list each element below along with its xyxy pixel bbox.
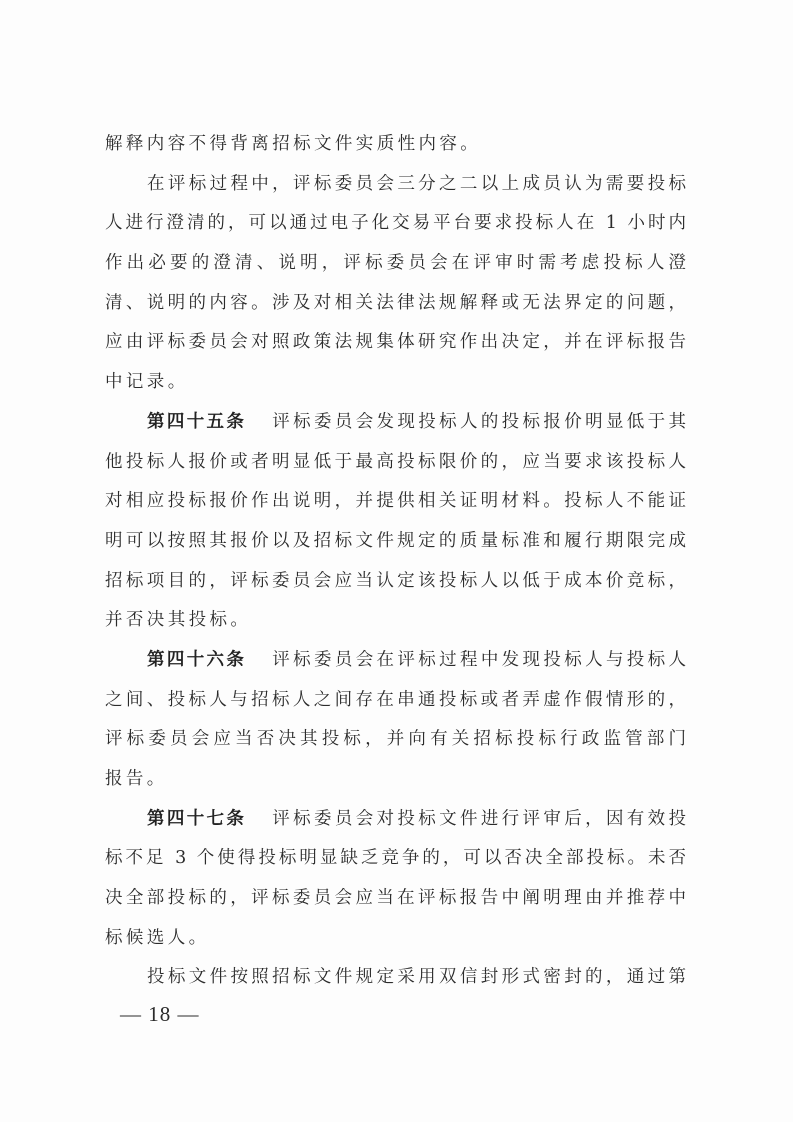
text-line: 作出必要的澄清、说明，评标委员会在评审时需考虑投标人澄 (105, 244, 688, 284)
text-line: 解释内容不得背离招标文件实质性内容。 (105, 125, 688, 165)
text-line: 并否决其投标。 (105, 601, 688, 641)
article-text: 评标委员会对投标文件进行评审后，因有效投 (272, 809, 688, 829)
document-body: 解释内容不得背离招标文件实质性内容。 在评标过程中，评标委员会三分之二以上成员认… (105, 125, 688, 998)
text-line: 对相应投标报价作出说明，并提供相关证明材料。投标人不能证 (105, 482, 688, 522)
article-47-heading-line: 第四十七条评标委员会对投标文件进行评审后，因有效投 (105, 800, 688, 840)
text-line: 投标文件按照招标文件规定采用双信封形式密封的，通过第 (105, 958, 688, 998)
text-line: 人进行澄清的，可以通过电子化交易平台要求投标人在 1 小时内 (105, 204, 688, 244)
article-text: 评标委员会在评标过程中发现投标人与投标人 (272, 650, 688, 670)
document-page: 解释内容不得背离招标文件实质性内容。 在评标过程中，评标委员会三分之二以上成员认… (0, 0, 793, 1122)
text-line: 决全部投标的，评标委员会应当在评标报告中阐明理由并推荐中 (105, 879, 688, 919)
text-line: 中记录。 (105, 363, 688, 403)
text-line: 在评标过程中，评标委员会三分之二以上成员认为需要投标 (105, 165, 688, 205)
article-number: 第四十六条 (147, 650, 246, 670)
article-number: 第四十五条 (147, 412, 246, 432)
article-text: 评标委员会发现投标人的投标报价明显低于其 (272, 412, 688, 432)
text-line: 报告。 (105, 760, 688, 800)
text-line: 他投标人报价或者明显低于最高投标限价的，应当要求该投标人 (105, 443, 688, 483)
article-46-heading-line: 第四十六条评标委员会在评标过程中发现投标人与投标人 (105, 641, 688, 681)
article-45-heading-line: 第四十五条评标委员会发现投标人的投标报价明显低于其 (105, 403, 688, 443)
text-line: 清、说明的内容。涉及对相关法律法规解释或无法界定的问题， (105, 284, 688, 324)
text-line: 之间、投标人与招标人之间存在串通投标或者弄虚作假情形的， (105, 681, 688, 721)
page-number: — 18 — (120, 1002, 200, 1027)
text-line: 应由评标委员会对照政策法规集体研究作出决定，并在评标报告 (105, 323, 688, 363)
text-line: 招标项目的，评标委员会应当认定该投标人以低于成本价竞标， (105, 562, 688, 602)
text-line: 标不足 3 个使得投标明显缺乏竞争的，可以否决全部投标。未否 (105, 839, 688, 879)
text-line: 评标委员会应当否决其投标，并向有关招标投标行政监管部门 (105, 720, 688, 760)
text-line: 明可以按照其报价以及招标文件规定的质量标准和履行期限完成 (105, 522, 688, 562)
article-number: 第四十七条 (147, 809, 246, 829)
text-line: 标候选人。 (105, 919, 688, 959)
